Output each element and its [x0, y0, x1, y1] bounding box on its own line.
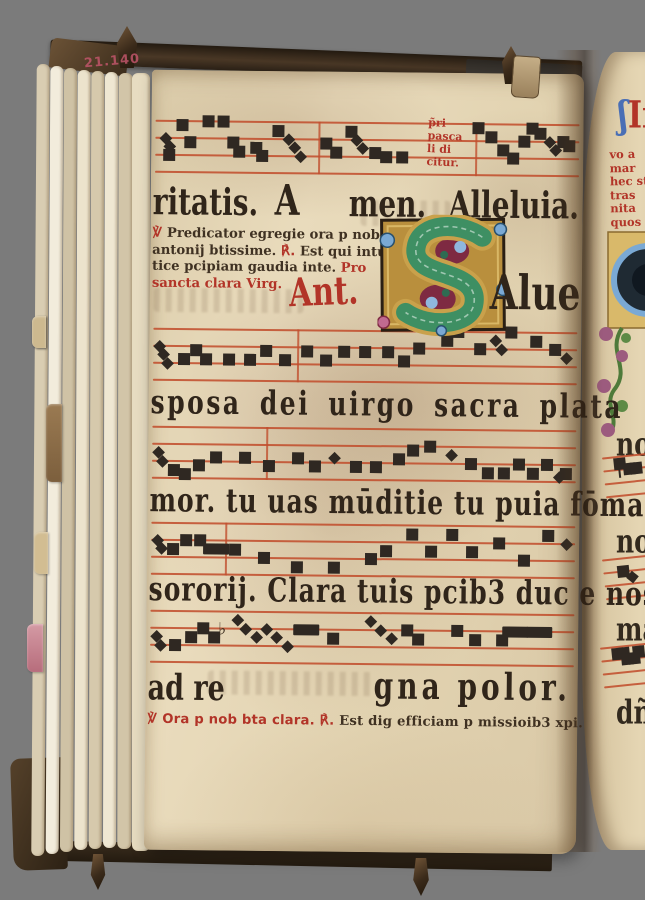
neume — [375, 624, 388, 637]
neume — [543, 529, 555, 541]
neume — [530, 335, 542, 347]
neume — [526, 626, 552, 637]
rp-redline: nita — [610, 202, 645, 216]
flat-sign: ♭ — [218, 625, 226, 635]
lyric-line4: sororij. Clara tuis pcib3 duc e nos — [148, 570, 645, 614]
marginal-note: p̃ripascali dicitur. — [426, 116, 463, 170]
antiphon-label: Ant. — [288, 268, 359, 316]
neume — [398, 355, 410, 367]
neume — [250, 631, 263, 644]
neume — [493, 537, 505, 549]
page-edge-strip — [103, 72, 118, 848]
neume — [630, 462, 643, 475]
neume — [200, 353, 212, 365]
neume — [184, 136, 196, 148]
neume — [308, 461, 320, 473]
neume — [563, 140, 575, 152]
neume — [233, 145, 245, 157]
bottom-rubric-black: Est dig efficiam p missioib3 xpi. — [339, 714, 583, 732]
staff-line — [153, 362, 577, 368]
lyric-line1-a: A — [274, 175, 299, 225]
clasp-strap — [511, 55, 542, 99]
neume — [446, 528, 458, 540]
neume — [474, 343, 486, 355]
neume — [178, 353, 190, 365]
response-sign: ℟. — [281, 244, 296, 259]
neume — [425, 545, 437, 557]
rubric-line-4: sancta clara Virg. — [152, 275, 402, 294]
neume — [167, 542, 179, 554]
staff-line — [155, 171, 579, 177]
lyric-line3: mor. tu uas mūditie tu puia fōma — [149, 481, 644, 524]
neume — [330, 146, 342, 158]
staff-line — [604, 681, 645, 688]
neume — [271, 631, 284, 644]
fore-edge-tab-tan-2 — [34, 532, 48, 574]
neume — [350, 461, 362, 473]
neume — [485, 131, 497, 143]
neume — [203, 115, 215, 127]
neume — [163, 149, 175, 161]
fore-edge-tab-brown — [46, 404, 62, 482]
rubric-block: ℣ Predicator egregie ora p nob antonij b… — [152, 226, 403, 295]
neume — [279, 354, 291, 366]
rubric-text: antonij btissime. — [152, 242, 276, 258]
neume — [502, 626, 528, 637]
music-staff-1 — [155, 120, 580, 177]
lyric-line2: sposa dei uirgo sacra plata — [150, 383, 623, 426]
neume — [260, 623, 273, 636]
neume — [407, 528, 419, 540]
neume — [185, 631, 197, 643]
page-edge-strip — [117, 73, 132, 849]
neume — [364, 615, 377, 628]
neume — [258, 552, 270, 564]
neume — [407, 445, 419, 457]
neume — [469, 634, 481, 646]
neume — [223, 353, 235, 365]
neume — [632, 645, 645, 658]
rubric-text: Predicator egregie ora p nob — [167, 226, 380, 243]
neume — [338, 346, 350, 358]
lyric-line5-adre: ad re — [147, 668, 225, 710]
neume — [210, 451, 222, 463]
neume — [380, 151, 392, 163]
music-staff-5: ♭ — [150, 610, 575, 667]
bottom-rubric-red: ℣ Ora p nob bta clara. ℟. — [147, 712, 334, 729]
neume — [382, 346, 394, 358]
neume — [396, 151, 408, 163]
neume — [260, 345, 272, 357]
versicle-sign: ℣ — [152, 226, 162, 241]
fore-edge-tab-tan-1 — [32, 316, 46, 348]
neume — [560, 352, 573, 365]
right-page: ʃIn vo amarhec sttrasnitaquos nonomadñi — [582, 52, 645, 850]
neume — [445, 449, 458, 462]
right-page-rubric-lines: vo amarhec sttrasnitaquos — [609, 148, 645, 230]
rp-word: dñi — [616, 694, 645, 732]
neume — [217, 115, 229, 127]
neume — [301, 346, 313, 358]
neume — [263, 460, 275, 472]
neume — [413, 343, 425, 355]
neume — [169, 639, 181, 651]
neume — [393, 453, 405, 465]
neume — [238, 451, 250, 463]
rp-redline: hec st — [610, 175, 645, 189]
neume — [451, 625, 463, 637]
neume — [370, 461, 382, 473]
neume — [179, 468, 191, 480]
neume — [244, 353, 256, 365]
neume — [498, 467, 510, 479]
neume — [527, 467, 539, 479]
staff-line — [603, 668, 645, 675]
neume — [560, 468, 572, 480]
neume — [327, 632, 339, 644]
neume — [424, 441, 436, 453]
neume — [541, 459, 553, 471]
music-staff-2 — [153, 328, 578, 385]
neume — [320, 354, 332, 366]
neume — [193, 459, 205, 471]
neume — [229, 543, 241, 555]
neume — [385, 632, 398, 645]
neume — [293, 624, 319, 635]
neume — [507, 152, 519, 164]
neume — [466, 546, 478, 558]
neume — [292, 452, 304, 464]
rubric-text-red: sancta clara Virg. — [152, 275, 282, 291]
fore-edge-tab-pink — [27, 624, 43, 672]
page-edge-strip — [89, 71, 105, 849]
neume — [240, 622, 253, 635]
staff-line — [155, 137, 579, 143]
lyric-line5-gnapolor: gna polor. — [373, 664, 571, 710]
neume — [412, 633, 424, 645]
neume — [560, 538, 573, 551]
neume — [180, 534, 192, 546]
neume — [256, 150, 268, 162]
lyric-line1-ritatis: ritatis. — [152, 180, 258, 225]
neume — [534, 127, 546, 139]
right-page-initial: ʃIn — [618, 94, 645, 138]
music-staff-3 — [152, 426, 577, 483]
neume — [549, 344, 561, 356]
rp-redline: vo a — [609, 148, 645, 162]
neume — [518, 555, 530, 567]
salve-a: Alue — [489, 265, 580, 321]
right-page-staff-3 — [600, 642, 645, 688]
show-through-text — [208, 670, 373, 696]
staff-line — [151, 556, 575, 562]
neume — [203, 543, 229, 554]
neume — [380, 545, 392, 557]
manuscript-photograph: ʃIn vo amarhec sttrasnitaquos nonomadñi — [0, 0, 645, 900]
neume — [473, 122, 485, 134]
neume — [176, 119, 188, 131]
rp-redline: quos — [610, 215, 645, 229]
neume — [512, 459, 524, 471]
staff-line — [152, 426, 576, 432]
staff-barline — [297, 329, 300, 382]
mn-line: citur. — [426, 155, 461, 170]
neume — [281, 640, 294, 653]
left-page: ♭ p̃ripascali dicitur. ritatis. A men. A… — [144, 70, 584, 854]
neume — [359, 346, 371, 358]
staff-line — [605, 478, 645, 485]
neume — [465, 458, 477, 470]
staff-line — [150, 644, 574, 650]
neume — [273, 125, 285, 137]
neume — [518, 136, 530, 148]
neume — [365, 553, 377, 565]
bottom-rubric: ℣ Ora p nob bta clara. ℟. Est dig effici… — [147, 712, 583, 732]
staff-line — [152, 443, 576, 449]
neume — [481, 467, 493, 479]
initial-flourish: ʃ — [618, 94, 628, 138]
